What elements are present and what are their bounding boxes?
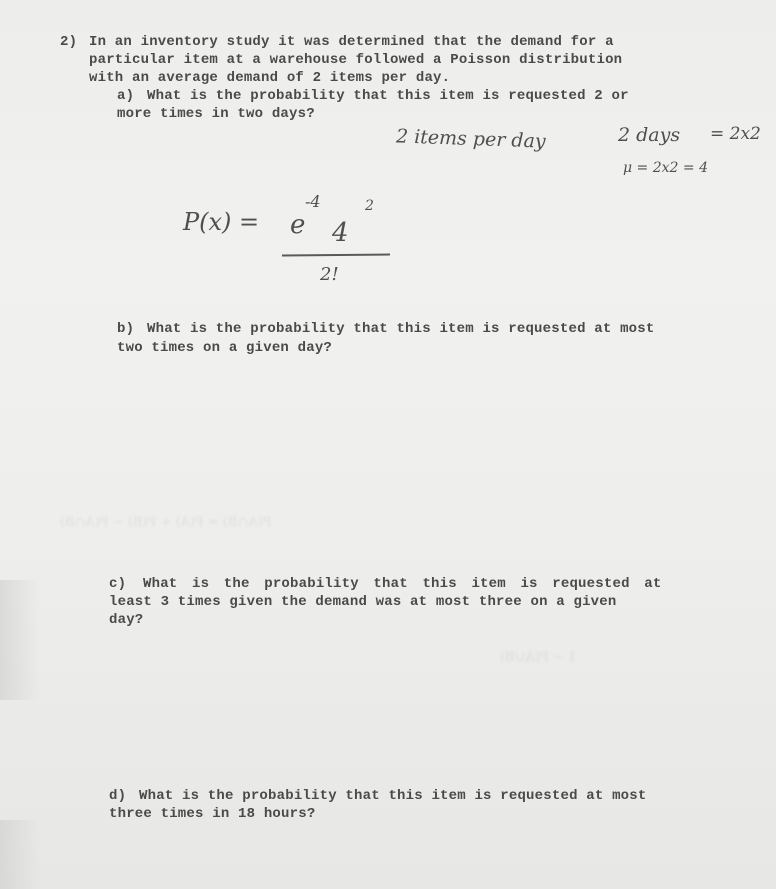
question-line: two times on a given day? — [117, 340, 332, 358]
intro-line: particular item at a warehouse followed … — [89, 52, 622, 70]
mu-note: μ = 2x2 = 4 — [623, 160, 708, 176]
question-label: c) — [109, 576, 126, 594]
pmf-base: e — [290, 210, 305, 240]
intro-line: with an average demand of 2 items per da… — [89, 70, 450, 88]
intro-line: In an inventory study it was determined … — [89, 34, 614, 52]
pmf-factor: 4 — [332, 218, 349, 248]
page-edge-shadow — [0, 580, 40, 700]
problem-number: 2) — [60, 34, 77, 52]
question-label: b) — [117, 321, 134, 339]
question-label: d) — [109, 788, 126, 806]
pmf-lhs: P(x) = — [183, 208, 259, 236]
bleed-through-text: P(A∩B) = P(A) + P(B) − P(A∩B) — [60, 515, 272, 530]
days-note: 2 days — [618, 124, 680, 146]
equals-note: = 2x2 — [710, 124, 761, 144]
question-line: day? — [109, 612, 143, 630]
pmf-exponent: -4 — [305, 192, 321, 211]
question-line: What is the probability that this item i… — [147, 88, 629, 106]
page-edge-shadow — [0, 820, 40, 889]
pmf-denominator: 2! — [320, 264, 339, 285]
question-line: more times in two days? — [117, 106, 315, 124]
question-line: What is the probability that this item i… — [147, 321, 654, 339]
bleed-through-text: 1 − P(A∪B) — [500, 650, 576, 665]
question-label: a) — [117, 88, 134, 106]
question-line: What is the probability that this item i… — [139, 788, 646, 806]
fraction-bar — [282, 254, 390, 256]
rate-note: 2 items per day — [396, 125, 546, 152]
question-line: least 3 times given the demand was at mo… — [109, 594, 616, 612]
question-line: three times in 18 hours? — [109, 806, 315, 824]
question-line: What is the probability that this item i… — [143, 576, 661, 594]
pmf-factor-exponent: 2 — [365, 198, 374, 214]
